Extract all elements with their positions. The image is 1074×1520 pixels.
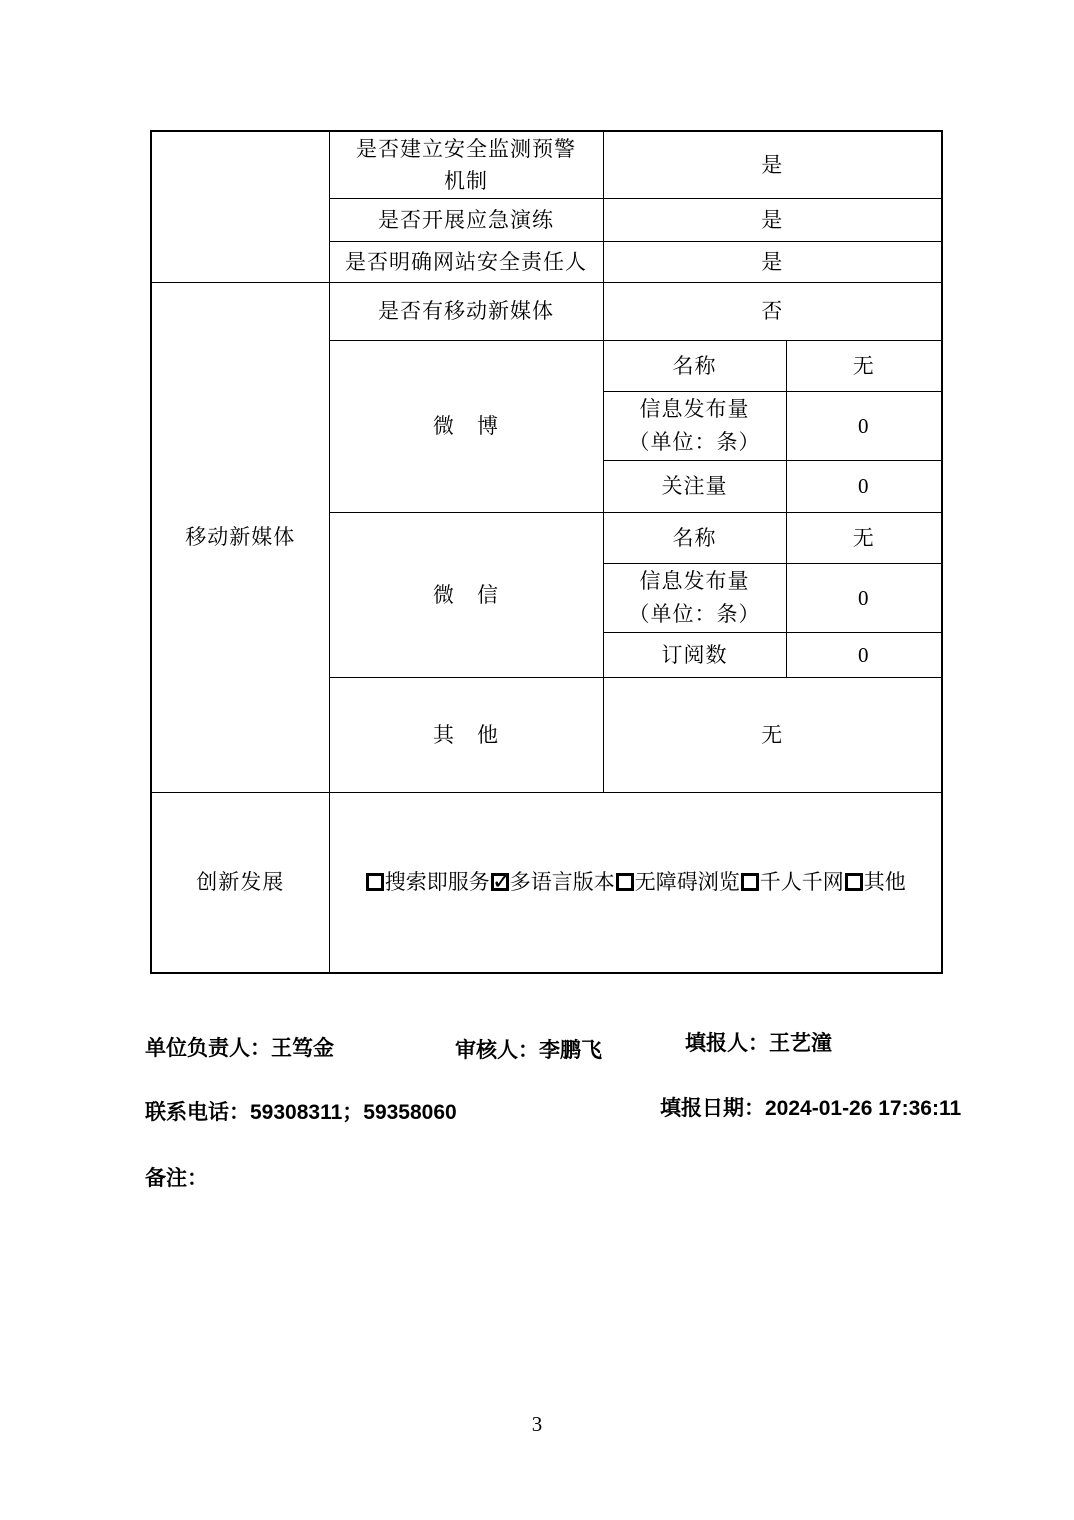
wechat-posts-label-line1: 信息发布量 (604, 565, 786, 598)
checkbox-label: 多语言版本 (510, 870, 615, 894)
weibo-posts-label: 信息发布量 （单位：条） (603, 391, 786, 460)
wechat-name-label: 名称 (603, 512, 786, 563)
contact-phone-text: 联系电话：59308311；59358060 (145, 1096, 457, 1126)
wechat-posts-label: 信息发布量 （单位：条） (603, 563, 786, 632)
security-row-label: 是否建立安全监测预警机制 (329, 131, 603, 198)
checkbox-search-as-service[interactable] (366, 873, 384, 891)
security-row-value: 是 (603, 198, 942, 241)
empty-section-cell (151, 131, 329, 282)
weibo-posts-label-line2: （单位：条） (604, 426, 786, 459)
innovation-option: 千人千网 (740, 866, 844, 898)
wechat-posts-value: 0 (786, 563, 942, 632)
innovation-options-cell: 搜索即服务多语言版本无障碍浏览千人千网其他 (329, 792, 942, 973)
innovation-option: 其他 (844, 866, 906, 898)
security-row-value: 是 (603, 131, 942, 198)
checkbox-multilingual[interactable] (491, 873, 509, 891)
weibo-followers-label: 关注量 (603, 460, 786, 512)
weibo-posts-value: 0 (786, 391, 942, 460)
remarks-label: 备注： (145, 1162, 208, 1192)
section-label-innovation: 创新发展 (151, 792, 329, 973)
weibo-followers-value: 0 (786, 460, 942, 512)
checkbox-accessibility[interactable] (616, 873, 634, 891)
checkbox-label: 搜索即服务 (385, 870, 490, 894)
page-number: 3 (0, 1412, 1074, 1437)
checkbox-label: 其他 (864, 870, 906, 894)
other-media-value: 无 (603, 677, 942, 792)
document-page: 是否建立安全监测预警机制 是 是否开展应急演练 是 是否明确网站安全责任人 是 … (0, 0, 1074, 1520)
reviewer-text: 审核人：李鹏飞 (455, 1034, 602, 1064)
wechat-subscribers-label: 订阅数 (603, 632, 786, 677)
security-row-label-text: 是否建立安全监测预警机制 (346, 133, 586, 197)
weibo-name-label: 名称 (603, 340, 786, 391)
innovation-option: 搜索即服务 (365, 866, 490, 898)
weibo-name-value: 无 (786, 340, 942, 391)
checkbox-label: 千人千网 (760, 870, 844, 894)
has-mobile-label: 是否有移动新媒体 (329, 282, 603, 340)
wechat-posts-label-line2: （单位：条） (604, 598, 786, 631)
security-row-value: 是 (603, 241, 942, 282)
report-table: 是否建立安全监测预警机制 是 是否开展应急演练 是 是否明确网站安全责任人 是 … (150, 130, 943, 974)
security-row-label: 是否开展应急演练 (329, 198, 603, 241)
security-row-label: 是否明确网站安全责任人 (329, 241, 603, 282)
wechat-name-value: 无 (786, 512, 942, 563)
has-mobile-value: 否 (603, 282, 942, 340)
checkbox-other[interactable] (845, 873, 863, 891)
weibo-posts-label-line1: 信息发布量 (604, 393, 786, 426)
innovation-option: 无障碍浏览 (615, 866, 740, 898)
other-media-label: 其 他 (329, 677, 603, 792)
innovation-options-row: 搜索即服务多语言版本无障碍浏览千人千网其他 (365, 870, 906, 894)
report-date-text: 填报日期：2024-01-26 17:36:11 (660, 1092, 961, 1122)
wechat-label: 微 信 (329, 512, 603, 677)
filler-text: 填报人：王艺潼 (685, 1027, 832, 1057)
checkbox-label: 无障碍浏览 (635, 870, 740, 894)
section-label-mobile-media: 移动新媒体 (151, 282, 329, 792)
checkbox-personalized-web[interactable] (741, 873, 759, 891)
wechat-subscribers-value: 0 (786, 632, 942, 677)
innovation-option: 多语言版本 (490, 866, 615, 898)
unit-head-text: 单位负责人：王笃金 (145, 1032, 334, 1062)
weibo-label: 微 博 (329, 340, 603, 512)
